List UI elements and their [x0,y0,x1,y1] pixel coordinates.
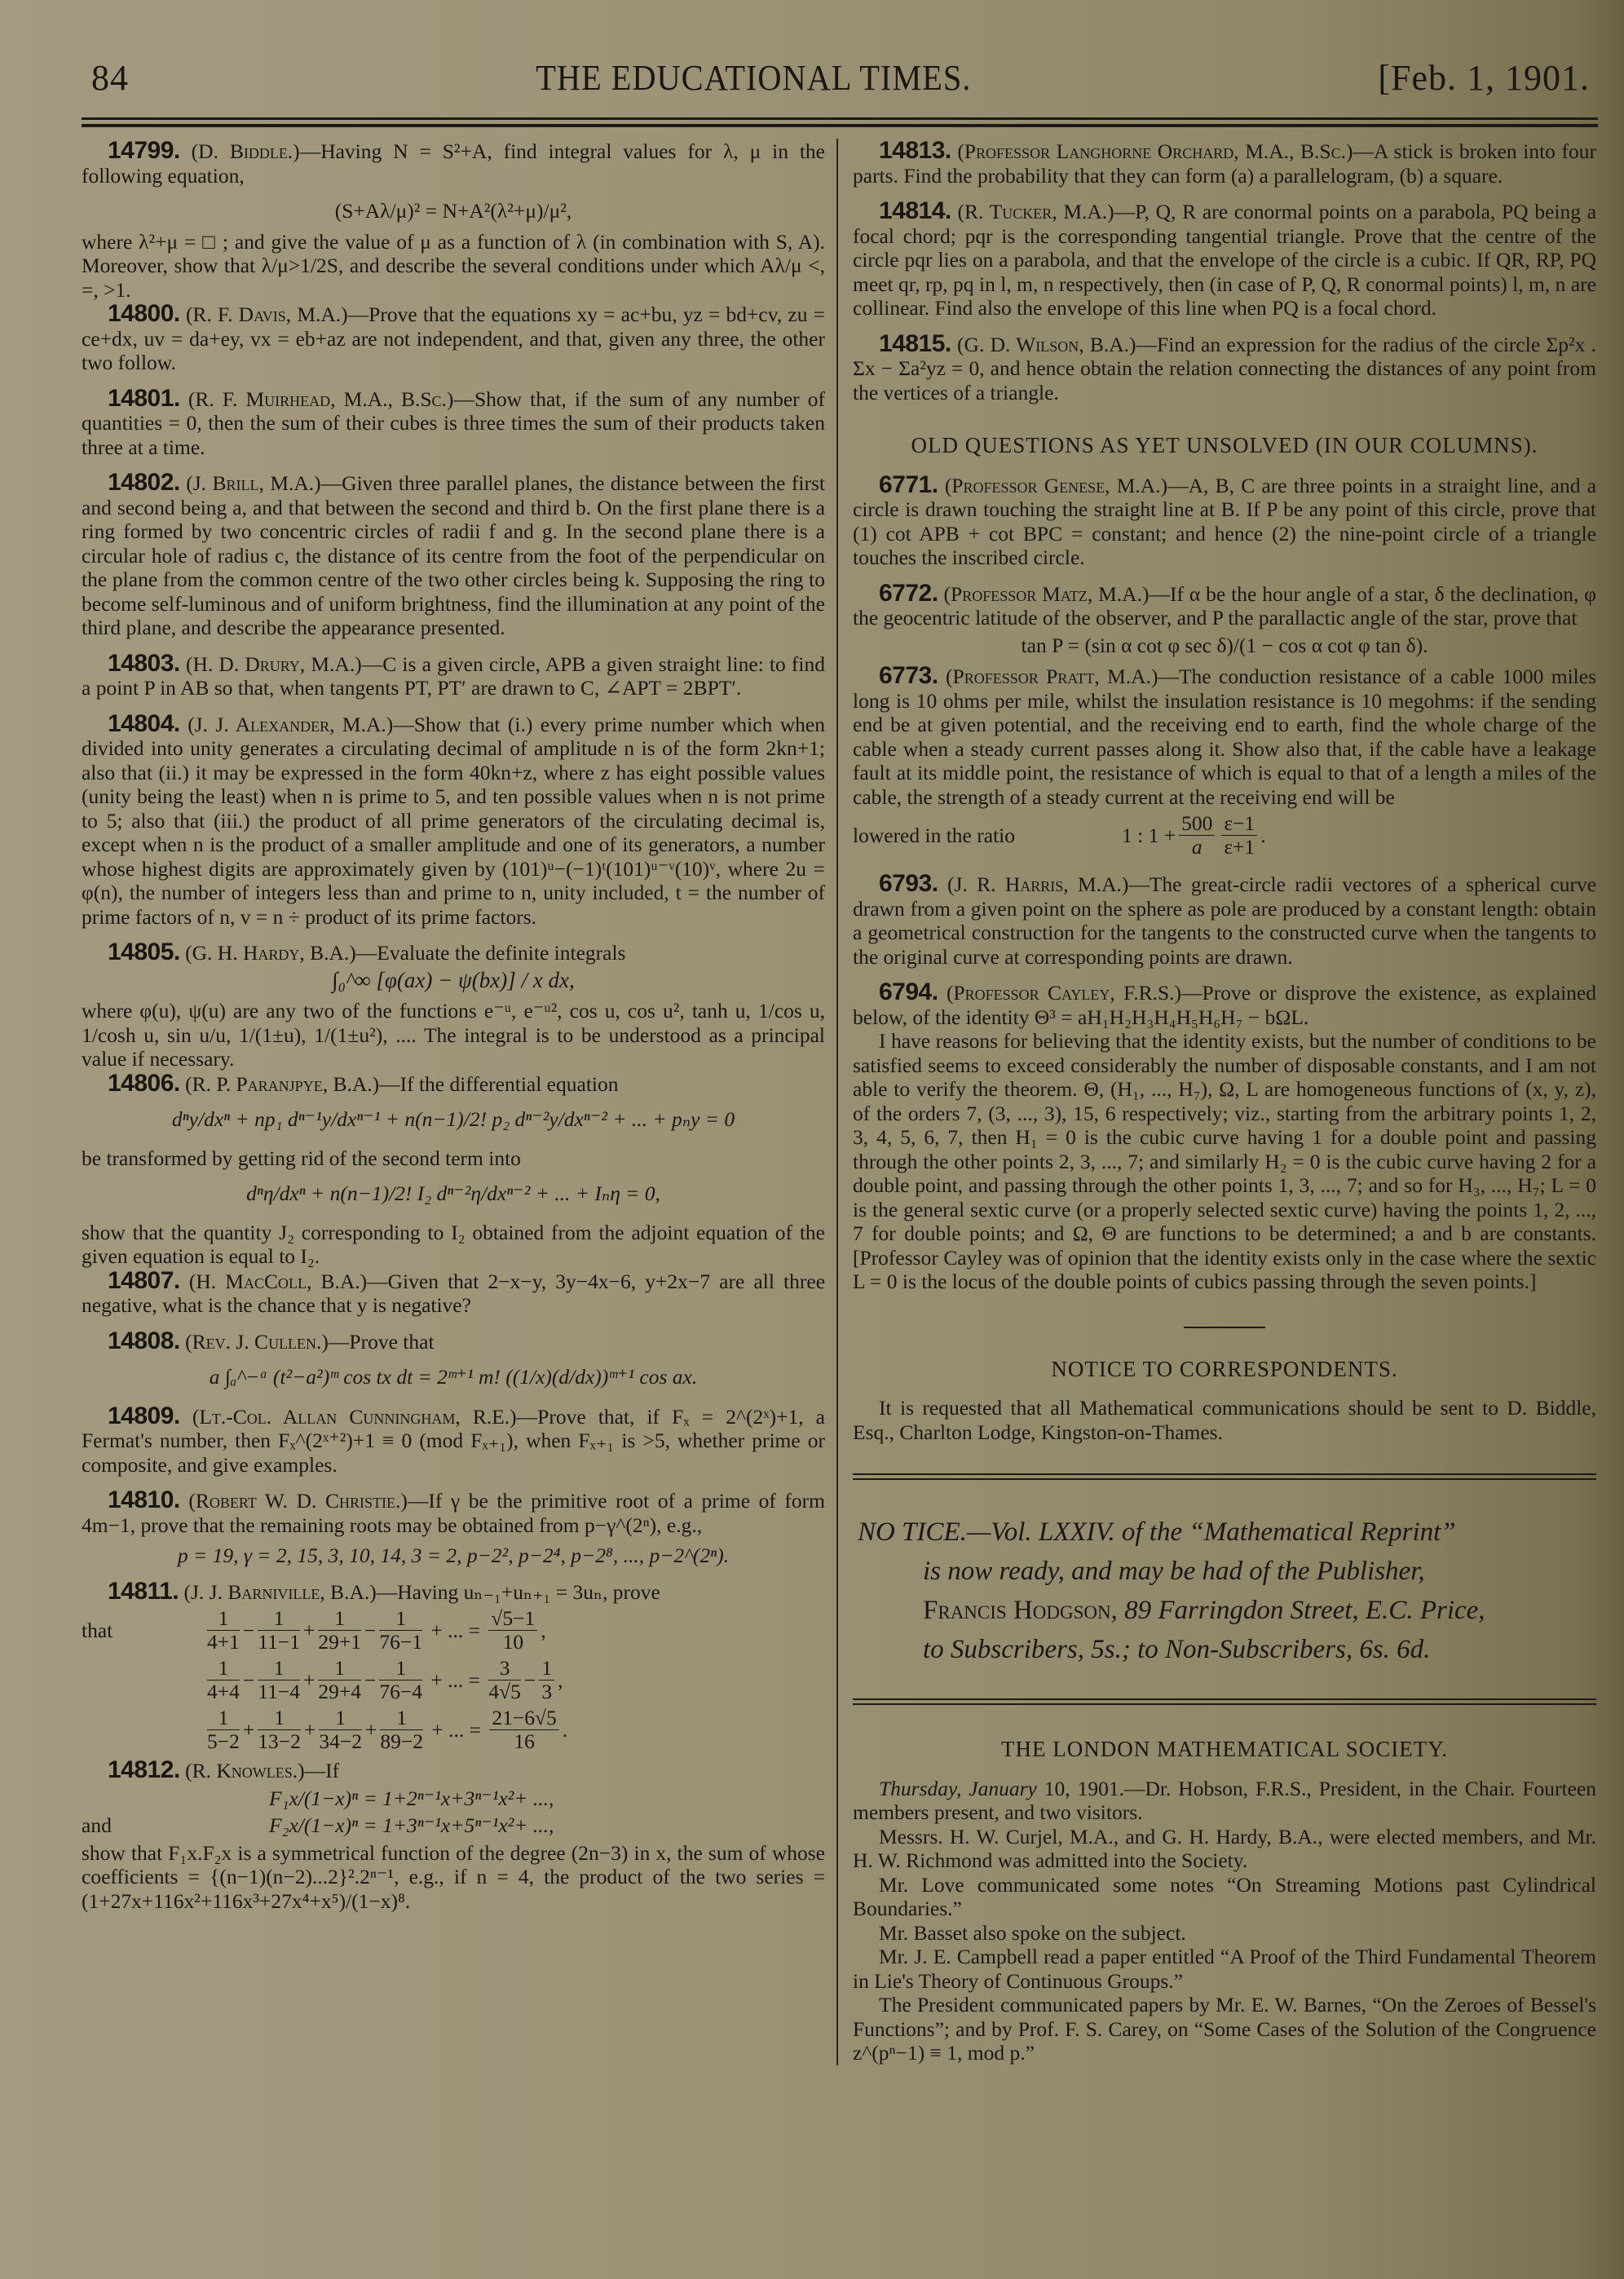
question-text: —If [305,1759,339,1782]
newspaper-page: 84 THE EDUCATIONAL TIMES. [Feb. 1, 1901.… [82,57,1598,2065]
question-author: (Robert W. D. Christie.) [188,1489,407,1513]
question-author: (Professor Genese, M.A.) [945,474,1167,497]
lms-paragraph: Mr. Love communicated some notes “On Str… [853,1873,1596,1921]
sign: + [303,1619,315,1643]
question-author: (R. F. Davis, M.A.) [186,303,348,326]
sign: − [364,1668,376,1693]
question-author: (Lt.-Col. Allan Cunningham, R.E.) [192,1405,517,1429]
denominator: 5−2 [207,1730,240,1753]
ellipsis: + ... = [426,1619,485,1643]
numerator: 1 [207,1607,240,1631]
fraction: 13 [539,1657,554,1703]
question-14799: 14799. (D. Biddle.)—Having N = S²+A, fin… [82,139,825,188]
page-header: 84 THE EDUCATIONAL TIMES. [Feb. 1, 1901. [82,57,1598,114]
fraction: 189−2 [380,1707,423,1753]
question-14805: 14805. (G. H. Hardy, B.A.)—Evaluate the … [82,940,825,965]
question-number: 14810. [108,1486,180,1513]
fraction: 500a [1179,812,1215,859]
question-number: 6794. [879,978,938,1005]
question-author: (Rev. J. Cullen.) [185,1330,329,1354]
meeting-date: Thursday, January [879,1777,1037,1800]
numerator: 1 [319,1707,362,1730]
question-14808: 14808. (Rev. J. Cullen.)—Prove that [82,1329,825,1354]
old-questions-heading: OLD QUESTIONS AS YET UNSOLVED (IN OUR CO… [853,434,1596,458]
fraction: 14+1 [207,1607,240,1654]
integral-identity: a ∫ₐ^−ᵃ (t²−a²)ᵐ cos tx dt = 2ᵐ⁺¹ m! ((1… [82,1365,825,1389]
question-author: (J. R. Harris, M.A.) [947,872,1128,896]
double-divider [853,1473,1596,1480]
ratio-tail: . [1260,824,1265,848]
question-author: (J. Brill, M.A.) [186,471,320,495]
denominator: 10 [488,1631,537,1654]
question-number: 14811. [108,1578,179,1605]
numerator: 1 [318,1657,361,1681]
question-text-cont: where λ²+μ = □ ; and give the value of μ… [82,230,825,303]
fraction: 111−1 [258,1607,300,1654]
question-author: (G. D. Wilson, B.A.) [957,333,1136,356]
numerator: √5−1 [488,1607,537,1631]
two-column-body: 14799. (D. Biddle.)—Having N = S²+A, fin… [82,139,1598,2065]
question-14811: 14811. (J. J. Barniville, B.A.)—Having u… [82,1579,825,1605]
question-text-cont: show that F₁x.F₂x is a symmetrical funct… [82,1841,825,1914]
denominator: 11−4 [258,1681,300,1703]
fraction: 134−2 [319,1707,362,1753]
lms-paragraph: Thursday, January 10, 1901.—Dr. Hobson, … [853,1777,1596,1825]
lms-paragraph: Messrs. H. W. Curjel, M.A., and G. H. Ha… [853,1825,1596,1873]
series-row-1: that 14+1 − 111−1 + 129+1 − 176−1 + ... … [82,1607,825,1654]
denominator: 16 [489,1730,558,1753]
fraction: 21−6√516 [489,1707,558,1753]
question-author: (D. Biddle.) [192,139,300,163]
ellipsis: + ... = [426,1718,486,1742]
question-14802: 14802. (J. Brill, M.A.)—Given three para… [82,470,825,640]
question-number: 6771. [879,471,938,498]
question-author: (Professor Cayley, F.R.S.) [947,981,1181,1005]
correspondents-text: It is requested that all Mathematical co… [853,1396,1596,1444]
notice-line: NO TICE.—Vol. LXXIV. of the “Mathematica… [858,1517,1456,1547]
question-author: (H. MacColl, B.A.) [189,1270,367,1293]
series-eq-2: andF₂x/(1−x)ⁿ = 1+3ⁿ⁻¹x+5ⁿ⁻¹x²+ ..., [82,1813,825,1838]
numerator: 1 [379,1657,422,1681]
question-number: 14800. [108,300,180,327]
question-number: 6793. [879,870,938,897]
question-author: (J. J. Barniville, B.A.) [183,1580,376,1604]
question-number: 14815. [879,330,951,357]
sign: − [243,1668,254,1693]
lms-heading: THE LONDON MATHEMATICAL SOCIETY. [853,1738,1596,1762]
header-rule [82,117,1598,127]
numerator: 1 [258,1607,300,1631]
question-14807: 14807. (H. MacColl, B.A.)—Given that 2−x… [82,1269,825,1318]
question-14804: 14804. (J. J. Alexander, M.A.)—Show that… [82,712,825,930]
correspondents-heading: NOTICE TO CORRESPONDENTS. [853,1358,1596,1382]
fraction: ε−1ε+1 [1221,812,1257,859]
numerator: 1 [258,1657,300,1681]
denominator: 4+4 [207,1681,240,1703]
equation: tan P = (sin α cot φ sec δ)/(1 − cos α c… [853,634,1596,658]
integral-equation: ∫₀^∞ [φ(ax) − ψ(bx)] / x dx, [82,969,825,993]
question-6772: 6772. (Professor Matz, M.A.)—If α be the… [853,581,1596,630]
denominator: 76−1 [379,1631,422,1654]
equation: F₂x/(1−x)ⁿ = 1+3ⁿ⁻¹x+5ⁿ⁻¹x²+ ..., [269,1813,554,1838]
question-author: (Professor Langhorne Orchard, M.A., B.Sc… [957,139,1353,163]
series-row-3: 15−2 + 113−2 + 134−2 + 189−2 + ... = 21−… [82,1707,825,1753]
numerator: 1 [258,1707,301,1730]
fraction: 176−1 [379,1607,422,1654]
publication-title: THE EDUCATIONAL TIMES. [536,57,971,99]
lms-paragraph: Mr. J. E. Campbell read a paper entitled… [853,1945,1596,1993]
question-14803: 14803. (H. D. Drury, M.A.)—C is a given … [82,651,825,700]
series-label: that [82,1619,204,1643]
numerator: ε−1 [1221,812,1257,836]
question-number: 14805. [108,939,180,965]
fraction: 111−4 [258,1657,300,1703]
denominator: 11−1 [258,1631,300,1654]
question-text-cont: be transformed by getting rid of the sec… [82,1146,825,1171]
reprint-notice: NO TICE.—Vol. LXXIV. of the “Mathematica… [853,1513,1596,1669]
question-author: (G. H. Hardy, B.A.) [185,941,356,965]
sign: − [524,1668,536,1693]
numerator: 21−6√5 [489,1707,558,1730]
question-6793: 6793. (J. R. Harris, M.A.)—The great-cir… [853,872,1596,969]
question-number: 14807. [108,1267,180,1294]
lms-paragraph: The President communicated papers by Mr.… [853,1993,1596,2065]
question-number: 14803. [108,650,180,677]
question-number: 6772. [879,580,938,607]
question-text: —Having uₙ₋₁+uₙ₊₁ = 3uₙ, prove [377,1580,660,1604]
question-number: 14814. [879,197,951,224]
left-column: 14799. (D. Biddle.)—Having N = S²+A, fin… [82,139,836,2065]
question-14809: 14809. (Lt.-Col. Allan Cunningham, R.E.)… [82,1404,825,1477]
question-text: —If the differential equation [379,1072,618,1096]
denominator: 29+4 [318,1681,361,1703]
denominator: 13−2 [258,1730,301,1753]
question-number: 14804. [108,710,180,737]
sign: − [364,1619,376,1643]
sign: + [365,1718,377,1742]
denominator: 4+1 [207,1631,240,1654]
series-block: that 14+1 − 111−1 + 129+1 − 176−1 + ... … [82,1607,825,1753]
question-14810: 14810. (Robert W. D. Christie.)—If γ be … [82,1488,825,1537]
question-text-cont: show that the quantity J₂ corresponding … [82,1221,825,1269]
question-6771: 6771. (Professor Genese, M.A.)—A, B, C a… [853,473,1596,570]
question-number: 14801. [108,385,180,412]
question-14814: 14814. (R. Tucker, M.A.)—P, Q, R are con… [853,199,1596,320]
numerator: 1 [380,1707,423,1730]
denominator: ε+1 [1221,836,1257,859]
numerator: 1 [207,1657,240,1681]
fraction: 15−2 [207,1707,240,1753]
question-14800: 14800. (R. F. Davis, M.A.)—Prove that th… [82,302,825,375]
question-14801: 14801. (R. F. Muirhead, M.A., B.Sc.)—Sho… [82,386,825,460]
lms-report: Thursday, January 10, 1901.—Dr. Hobson, … [853,1777,1596,2065]
numerator: 1 [379,1607,422,1631]
denominator: a [1179,836,1215,859]
question-number: 14813. [879,137,951,164]
question-text: —Prove that [329,1330,435,1354]
question-author: (J. J. Alexander, M.A.) [188,713,393,736]
question-14812: 14812. (R. Knowles.)—If [82,1758,825,1783]
ratio-label: lowered in the ratio [853,824,1122,848]
question-number: 14809. [108,1402,180,1429]
question-14815: 14815. (G. D. Wilson, B.A.)—Find an expr… [853,332,1596,405]
question-author: (Professor Pratt, M.A.) [946,665,1158,688]
question-text: —Evaluate the definite integrals [356,941,626,965]
question-author: (R. F. Muirhead, M.A., B.Sc.) [188,387,454,411]
sign: + [243,1718,254,1742]
denominator: 3 [539,1681,554,1703]
publisher-name: Francis Hodgson, [923,1596,1118,1625]
question-number: 14806. [108,1070,180,1097]
lms-paragraph: Mr. Basset also spoke on the subject. [853,1921,1596,1946]
question-author: (R. Tucker, M.A.) [958,200,1114,223]
sign: + [303,1668,315,1693]
numerator: 1 [318,1607,361,1631]
notice-line: is now ready, and may be had of the Publ… [858,1552,1596,1591]
equation: F₁x/(1−x)ⁿ = 1+2ⁿ⁻¹x+3ⁿ⁻¹x²+ ..., [269,1787,554,1811]
denominator: 89−2 [380,1730,423,1753]
question-text: —Given three parallel planes, the distan… [82,471,825,639]
question-6794: 6794. (Professor Cayley, F.R.S.)—Prove o… [853,980,1596,1029]
fraction: 129+1 [318,1607,361,1654]
question-text: —Show that (i.) every prime number which… [82,713,825,929]
denominator: 76−4 [379,1681,422,1703]
double-divider [853,1698,1596,1705]
numerator: 1 [539,1657,554,1681]
equation: (S+Aλ/μ)² = N+A²(λ²+μ)/μ², [82,199,825,223]
numerator: 3 [488,1657,521,1681]
ratio-lead: 1 : 1 + [1122,824,1176,848]
differential-equation: dⁿy/dxⁿ + np₁ dⁿ⁻¹y/dxⁿ⁻¹ + n(n−1)/2! p₂… [82,1107,825,1132]
ratio-line: lowered in the ratio 1 : 1 + 500a ε−1ε+1… [853,812,1596,859]
notice-line: to Subscribers, 5s.; to Non-Subscribers,… [858,1630,1596,1669]
denominator: 34−2 [319,1730,362,1753]
question-number: 14812. [108,1756,180,1783]
fraction: 176−4 [379,1657,422,1703]
right-column: 14813. (Professor Langhorne Orchard, M.A… [836,139,1596,2065]
example-equation: p = 19, γ = 2, 15, 3, 10, 14, 3 = 2, p−2… [82,1544,825,1568]
and-label: and [82,1813,269,1838]
sign: − [243,1619,254,1643]
transformed-equation: dⁿη/dxⁿ + n(n−1)/2! I₂ dⁿ⁻²η/dxⁿ⁻² + ...… [82,1181,825,1206]
sign: + [304,1718,316,1742]
fraction: 113−2 [258,1707,301,1753]
question-author: (H. D. Drury, M.A.) [186,652,362,676]
series-eq-1: F₁x/(1−x)ⁿ = 1+2ⁿ⁻¹x+3ⁿ⁻¹x²+ ..., [82,1787,825,1811]
question-text-cont: where φ(u), ψ(u) are any two of the func… [82,999,825,1071]
question-number: 14802. [108,469,180,496]
fraction: 129+4 [318,1657,361,1703]
question-text-cont: I have reasons for believing that the id… [853,1029,1596,1294]
question-14806: 14806. (R. P. Paranjpye, B.A.)—If the di… [82,1071,825,1097]
section-divider [1184,1327,1265,1328]
question-author: (Professor Matz, M.A.) [944,582,1150,606]
question-number: 14799. [108,137,180,164]
page-number: 84 [91,57,129,99]
question-author: (R. Knowles.) [185,1759,305,1782]
series-row-2: 14+4 − 111−4 + 129+4 − 176−4 + ... = 34√… [82,1657,825,1703]
question-number: 6773. [879,662,938,689]
numerator: 1 [207,1707,240,1730]
denominator: 29+1 [318,1631,361,1654]
question-author: (R. P. Paranjpye, B.A.) [185,1072,379,1096]
question-14813: 14813. (Professor Langhorne Orchard, M.A… [853,139,1596,188]
fraction: √5−110 [488,1607,537,1654]
denominator: 4√5 [488,1681,521,1703]
question-6773: 6773. (Professor Pratt, M.A.)—The conduc… [853,664,1596,809]
ellipsis: + ... = [426,1668,485,1693]
fraction: 14+4 [207,1657,240,1703]
fraction: 34√5 [488,1657,521,1703]
issue-date: [Feb. 1, 1901. [1378,57,1590,99]
numerator: 500 [1179,812,1215,836]
question-number: 14808. [108,1327,180,1354]
notice-line: 89 Farringdon Street, E.C. Price, [1118,1596,1485,1625]
